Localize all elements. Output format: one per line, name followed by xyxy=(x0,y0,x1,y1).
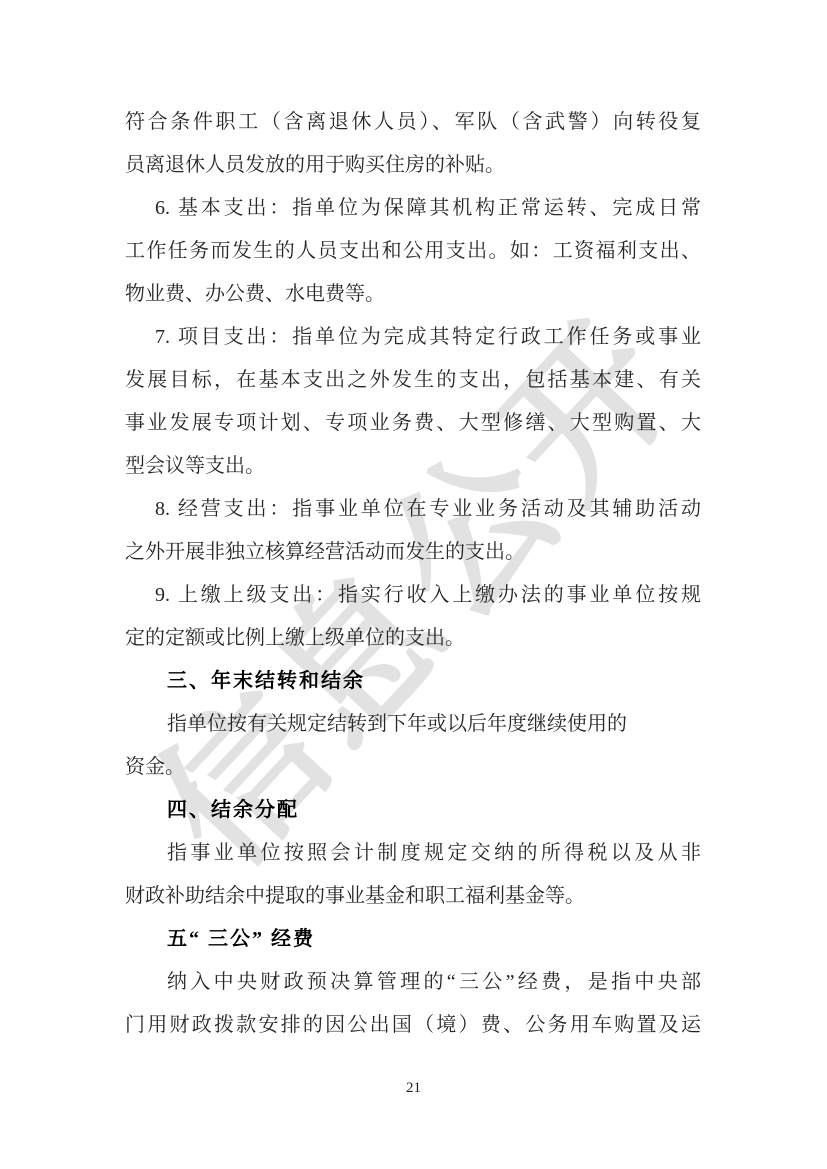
text-line: 7. 项目支出：指单位为完成其特定行政工作任务或事业 xyxy=(125,316,701,359)
text-line: 9. 上缴上级支出：指实行收入上缴办法的事业单位按规 xyxy=(125,574,701,617)
section-heading: 五“ 三公” 经费 xyxy=(125,918,701,961)
text-line: 8. 经营支出：指事业单位在专业业务活动及其辅助活动 xyxy=(125,488,701,531)
text-line: 门用财政拨款安排的因公出国（境）费、公务用车购置及运 xyxy=(125,1004,701,1047)
text-line: 6. 基本支出：指单位为保障其机构正常运转、完成日常 xyxy=(125,187,701,230)
text-line: 符合条件职工（含离退休人员）、军队（含武警）向转役复 xyxy=(125,101,701,144)
document-page: 信息公开 符合条件职工（含离退休人员）、军队（含武警）向转役复 员离退休人员发放… xyxy=(0,0,827,1169)
text-line: 纳入中央财政预决算管理的“三公”经费，是指中央部 xyxy=(125,961,701,1004)
text-line: 工作任务而发生的人员支出和公用支出。如：工资福利支出、 xyxy=(125,230,701,273)
text-line: 物业费、办公费、水电费等。 xyxy=(125,273,701,316)
page-number: 21 xyxy=(0,1080,827,1097)
text-line: 型会议等支出。 xyxy=(125,445,701,488)
text-line: 指事业单位按照会计制度规定交纳的所得税以及从非 xyxy=(125,832,701,875)
text-line: 员离退休人员发放的用于购买住房的补贴。 xyxy=(125,144,701,187)
document-body: 符合条件职工（含离退休人员）、军队（含武警）向转役复 员离退休人员发放的用于购买… xyxy=(125,101,701,1047)
section-heading: 四、结余分配 xyxy=(125,789,701,832)
text-line: 指单位按有关规定结转到下年或以后年度继续使用的 xyxy=(125,703,701,746)
text-line: 发展目标，在基本支出之外发生的支出，包括基本建、有关 xyxy=(125,359,701,402)
text-line: 事业发展专项计划、专项业务费、大型修缮、大型购置、大 xyxy=(125,402,701,445)
section-heading: 三、年末结转和结余 xyxy=(125,660,701,703)
text-line: 财政补助结余中提取的事业基金和职工福利基金等。 xyxy=(125,875,701,918)
text-line: 之外开展非独立核算经营活动而发生的支出。 xyxy=(125,531,701,574)
text-line: 定的定额或比例上缴上级单位的支出。 xyxy=(125,617,701,660)
text-line: 资金。 xyxy=(125,746,701,789)
